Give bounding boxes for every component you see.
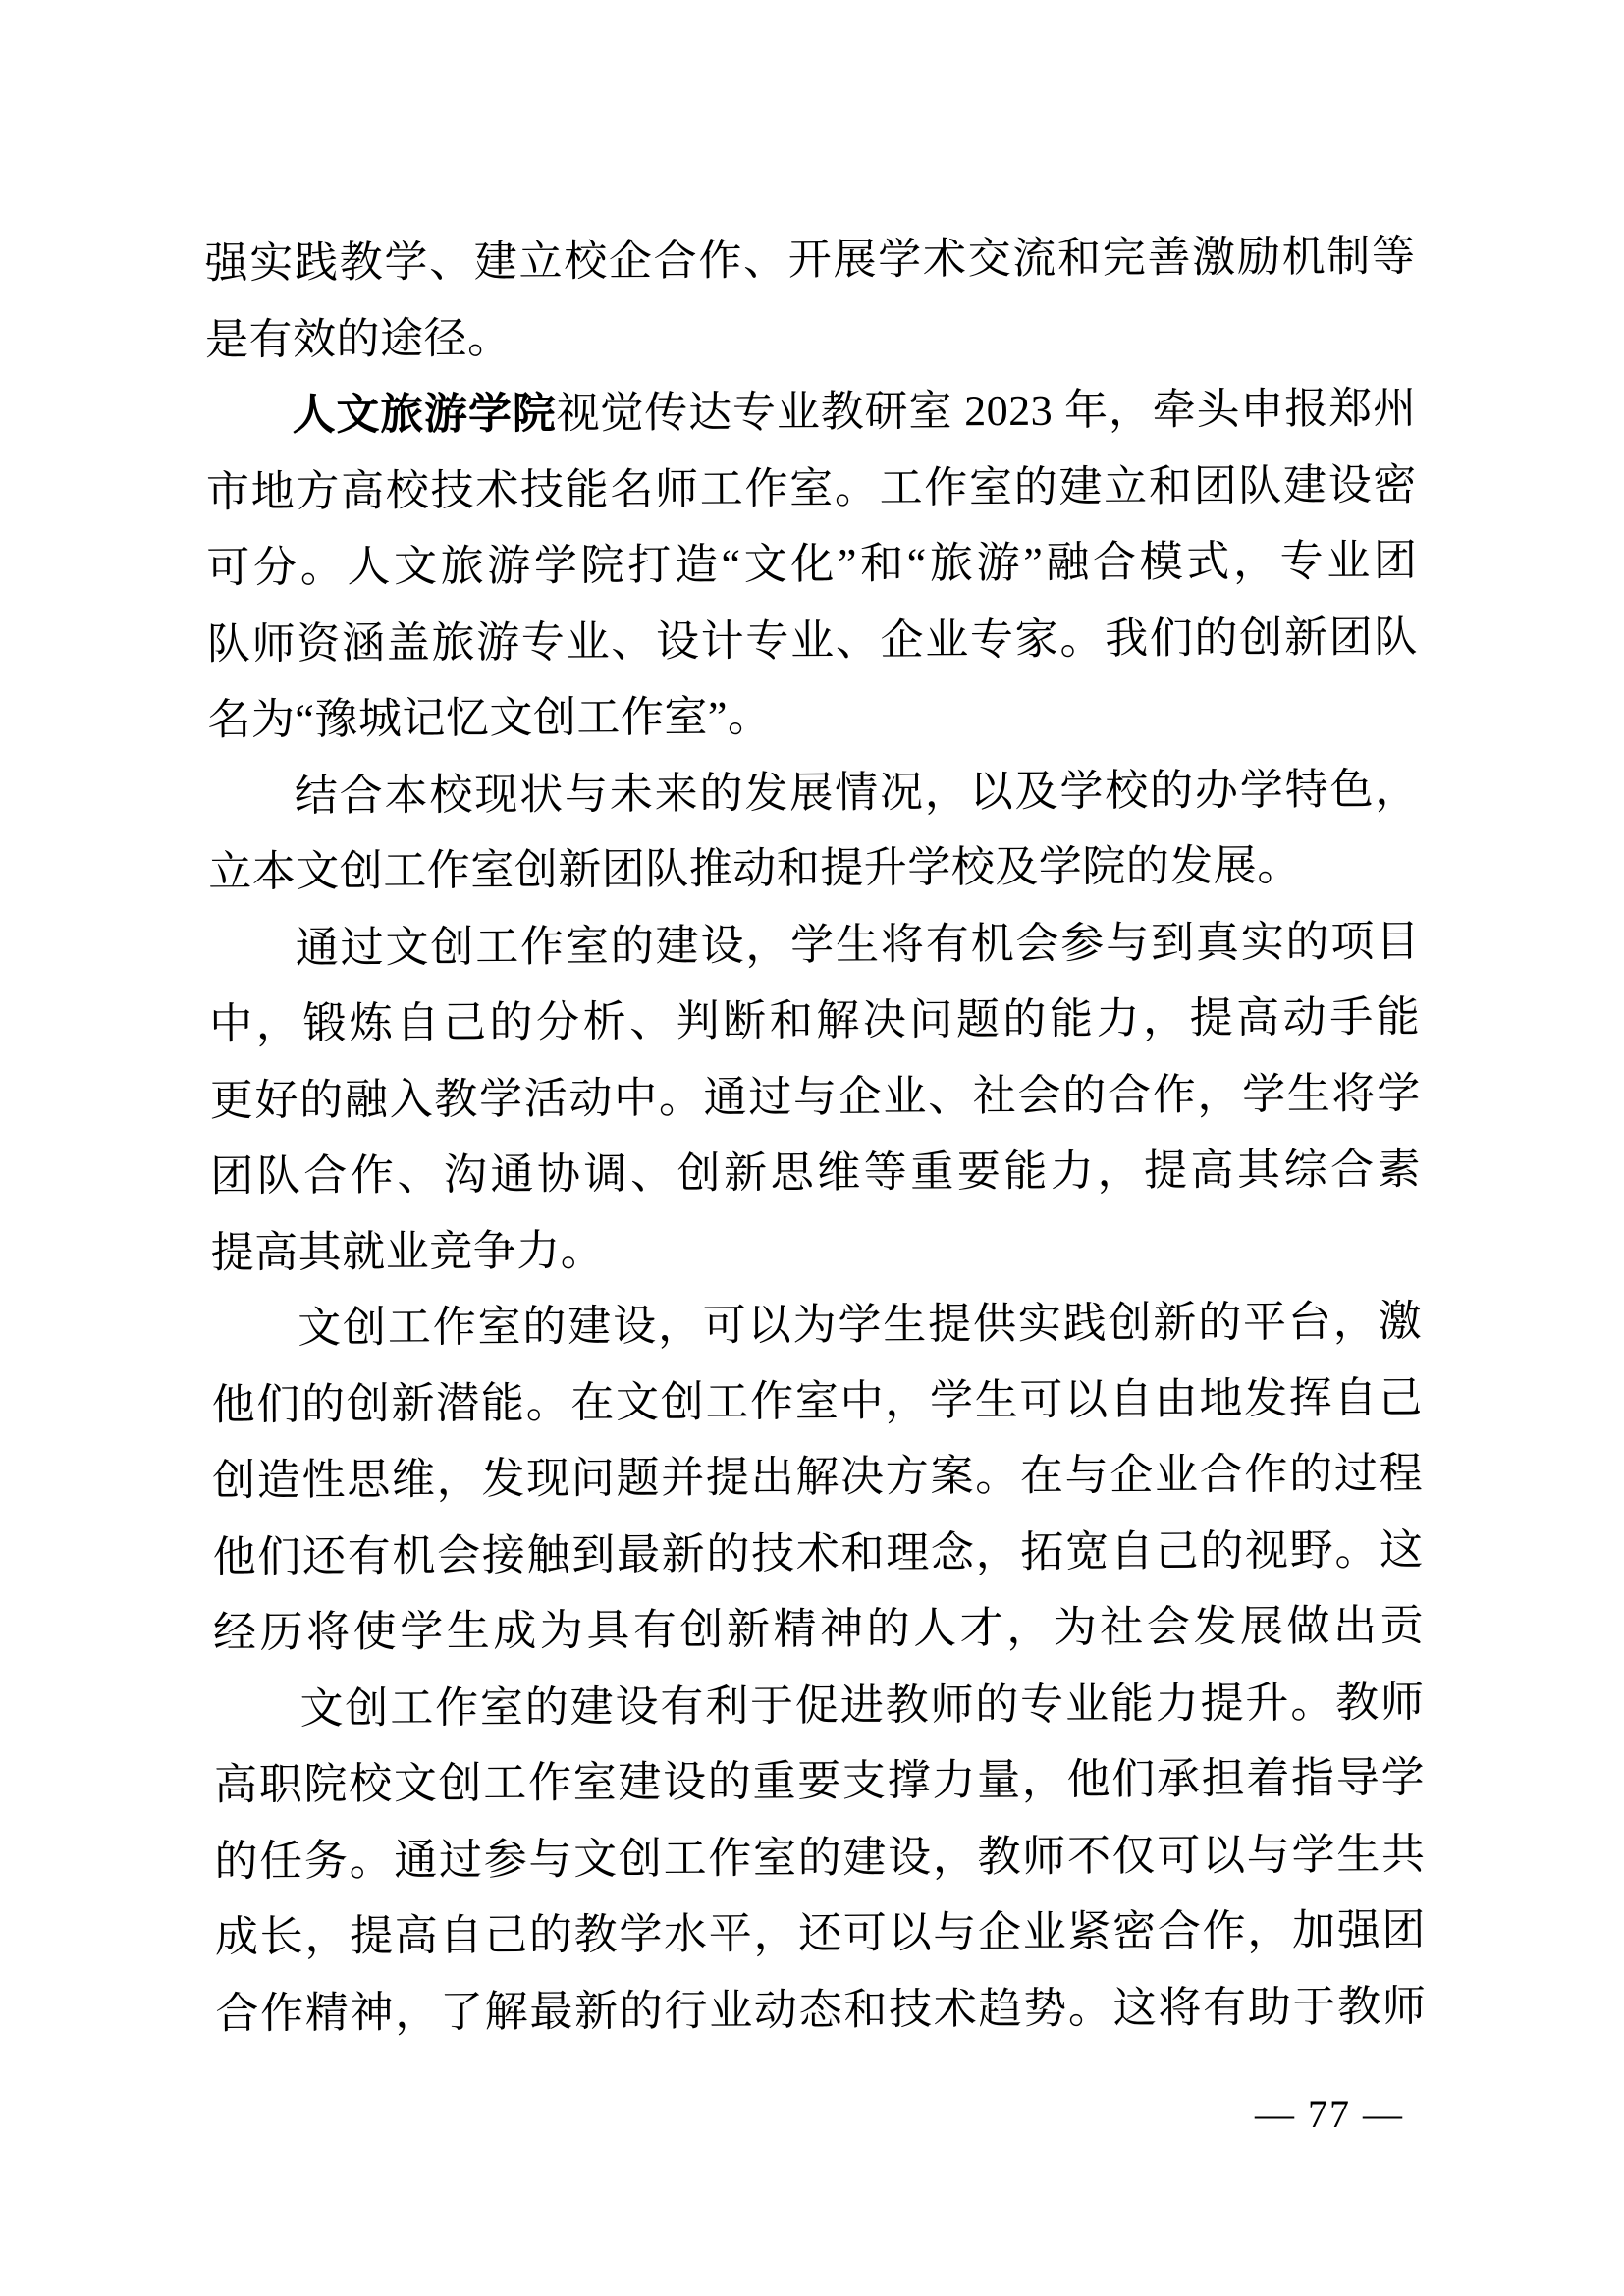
text-line: 团队合作、沟通协调、创新思维等重要能力，提高其综合素质， (210, 1131, 1421, 1214)
text-line: 通过文创工作室的建设，学生将有机会参与到真实的项目 (209, 903, 1420, 987)
text-line: 更好的融入教学活动中。通过与企业、社会的合作，学生将学会 (210, 1055, 1421, 1139)
text-line: 结合本校现状与未来的发展情况，以及学校的办学特色，创 (208, 751, 1419, 834)
text-line: 立本文创工作室创新团队推动和提升学校及学院的发展。 (208, 827, 1419, 910)
page-number: — 77 — (1255, 2089, 1441, 2140)
text-line: 市地方高校技术技能名师工作室。工作室的建立和团队建设密不 (206, 447, 1417, 530)
text-line: 经历将使学生成为具有创新精神的人才，为社会发展做出贡献。 (213, 1587, 1424, 1671)
text-line: 队师资涵盖旅游专业、设计专业、企业专家。我们的创新团队起 (207, 599, 1418, 682)
text-line: 人文旅游学院视觉传达专业教研室 2023 年，牵头申报郑州 (205, 370, 1416, 454)
text-line: 合作精神，了解最新的行业动态和技术趋势。这将有助于教师不 (215, 1968, 1426, 2052)
text-line: 他们还有机会接触到最新的技术和理念，拓宽自己的视野。这些 (212, 1512, 1423, 1595)
college-name-bold: 人文旅游学院 (292, 390, 556, 440)
text-line: 文创工作室的建设，可以为学生提供实践创新的平台，激发 (211, 1283, 1422, 1366)
text-line: 提高其就业竞争力。 (210, 1207, 1421, 1291)
text-line: 是有效的途径。 (205, 294, 1416, 378)
text-line: 的任务。通过参与文创工作室的建设，教师不仅可以与学生共同 (214, 1816, 1425, 1899)
text-line: 成长，提高自己的教学水平，还可以与企业紧密合作，加强团队 (215, 1892, 1426, 1975)
document-page: 强实践教学、建立校企合作、开展学术交流和完善激励机制等都 是有效的途径。 人文旅… (0, 0, 1624, 2296)
text-line: 高职院校文创工作室建设的重要支撑力量，他们承担着指导学生 (214, 1739, 1425, 1823)
text-line: 名为“豫城记忆文创工作室”。 (207, 674, 1418, 758)
text-line: 中，锻炼自己的分析、判断和解决问题的能力，提高动手能力， (209, 979, 1420, 1062)
text-line: 文创工作室的建设有利于促进教师的专业能力提升。教师是 (213, 1664, 1424, 1747)
document-body: 强实践教学、建立校企合作、开展学术交流和完善激励机制等都 是有效的途径。 人文旅… (204, 218, 1426, 2051)
text-line: 他们的创新潜能。在文创工作室中，学生可以自由地发挥自己的 (211, 1360, 1422, 1443)
text-line: 创造性思维，发现问题并提出解决方案。在与企业合作的过程中， (212, 1435, 1423, 1519)
text-line: 强实践教学、建立校企合作、开展学术交流和完善激励机制等都 (204, 218, 1415, 301)
text-run: 视觉传达专业教研室 2023 年，牵头申报郑州 (556, 384, 1416, 437)
text-line: 可分。人文旅游学院打造“文化”和“旅游”融合模式，专业团 (206, 522, 1417, 606)
